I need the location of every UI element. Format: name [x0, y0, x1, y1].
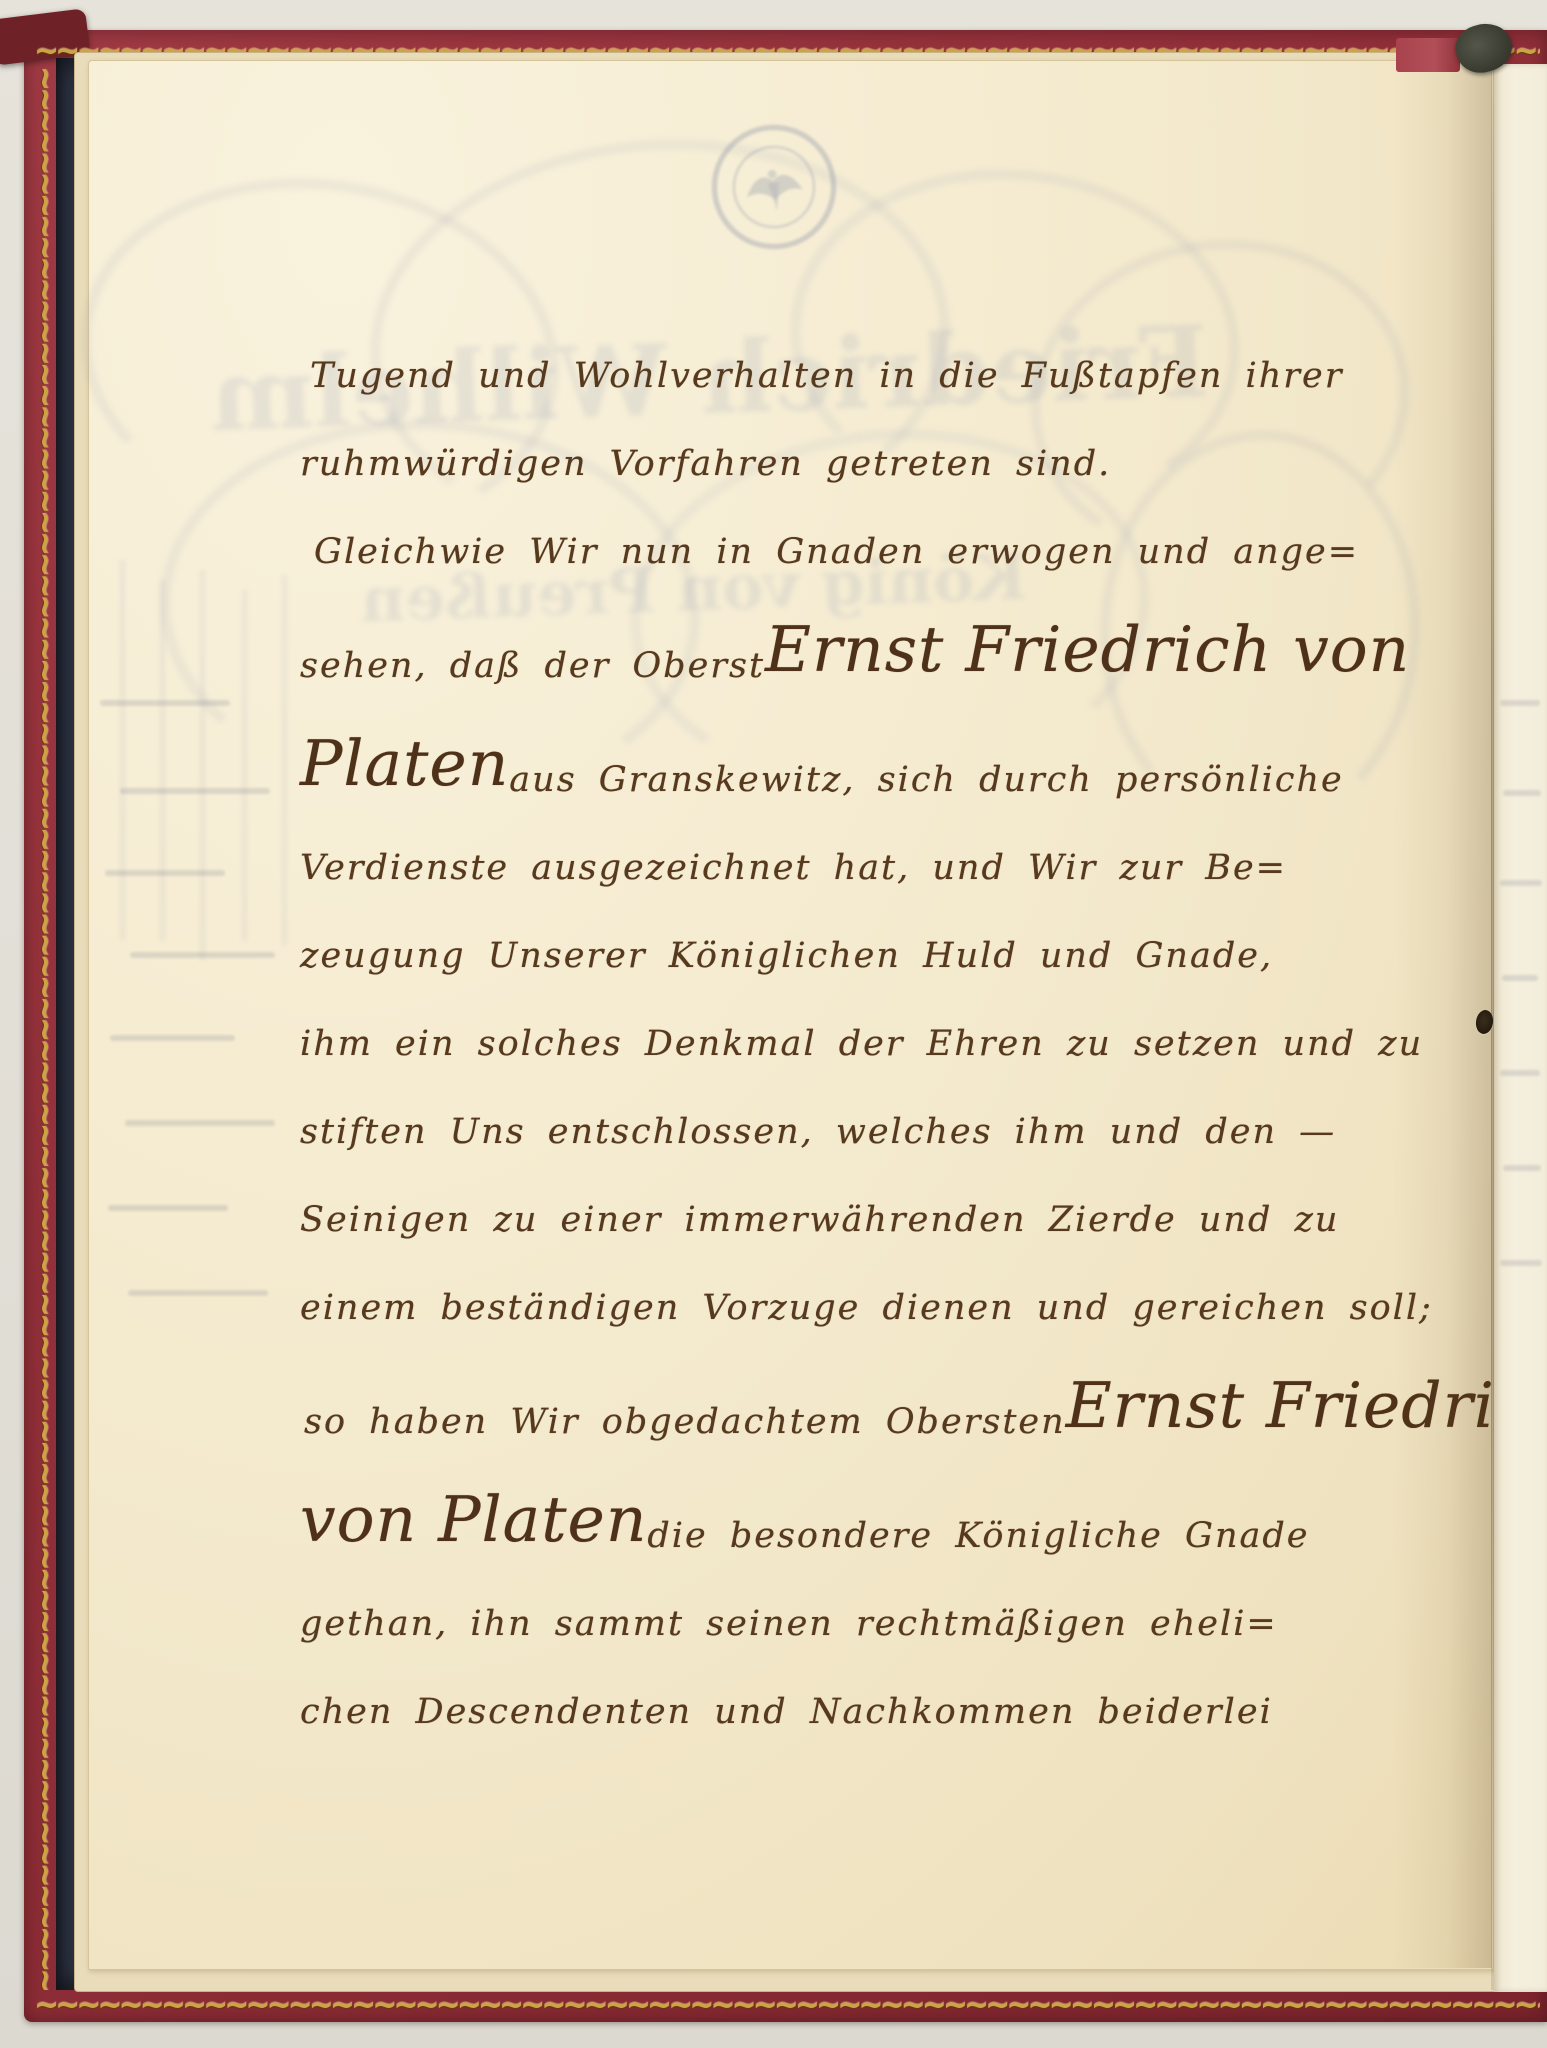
- text-segment: von Platen: [300, 1483, 647, 1556]
- text-line: so haben Wir obgedachtem Obersten Ernst …: [300, 1328, 1450, 1442]
- text-segment: Ernst Friedrich: [1066, 1369, 1547, 1442]
- text-segment: stiften Uns entschlossen, welches ihm un…: [300, 1112, 1336, 1152]
- manuscript-photo: { "theme": { "backdrop": "#e2dfd7", "lea…: [0, 0, 1547, 2048]
- text-segment: Verdienste ausgezeichnet hat, und Wir zu…: [300, 848, 1287, 888]
- text-segment: so haben Wir obgedachtem Obersten: [304, 1402, 1066, 1442]
- text-segment: die besondere Königliche Gnade: [647, 1516, 1309, 1556]
- text-segment: sehen, daß der Oberst: [300, 646, 765, 686]
- text-line: stiften Uns entschlossen, welches ihm un…: [300, 1064, 1450, 1152]
- text-line: gethan, ihn sammt seinen rechtmäßigen eh…: [300, 1556, 1450, 1644]
- eagle-icon: [701, 114, 848, 261]
- facing-page-edge: [1494, 64, 1547, 1992]
- text-line: Seinigen zu einer immerwährenden Zierde …: [300, 1152, 1450, 1240]
- text-segment: Gleichwie Wir nun in Gnaden erwogen und …: [314, 532, 1359, 572]
- text-line: von Platen die besondere Königliche Gnad…: [300, 1442, 1450, 1556]
- text-line: chen Descendenten und Nachkommen beiderl…: [300, 1644, 1450, 1732]
- text-line: sehen, daß der Oberst Ernst Friedrich vo…: [300, 572, 1450, 686]
- text-line: Platen aus Granskewitz, sich durch persö…: [300, 686, 1450, 800]
- text-segment: zeugung Unserer Königlichen Huld und Gna…: [300, 936, 1273, 976]
- leather-lap: [1396, 38, 1460, 72]
- text-line: Verdienste ausgezeichnet hat, und Wir zu…: [300, 800, 1450, 888]
- text-segment: gethan, ihn sammt seinen rechtmäßigen eh…: [300, 1604, 1278, 1644]
- text-segment: Seinigen zu einer immerwährenden Zierde …: [300, 1200, 1339, 1240]
- manuscript-text: Tugend und Wohlverhalten in die Fußtapfe…: [300, 308, 1450, 1732]
- text-line: ruhmwürdigen Vorfahren getreten sind.: [300, 396, 1450, 484]
- archive-stamp: [701, 114, 848, 261]
- text-segment: aus Granskewitz, sich durch persönliche: [509, 760, 1343, 800]
- text-segment: ihm ein solches Denkmal der Ehren zu set…: [300, 1024, 1423, 1064]
- text-segment: Tugend und Wohlverhalten in die Fußtapfe…: [310, 356, 1343, 396]
- text-segment: ruhmwürdigen Vorfahren getreten sind.: [300, 444, 1111, 484]
- text-line: Gleichwie Wir nun in Gnaden erwogen und …: [300, 484, 1450, 572]
- text-line: Tugend und Wohlverhalten in die Fußtapfe…: [300, 308, 1450, 396]
- text-line: einem beständigen Vorzuge dienen und ger…: [300, 1240, 1450, 1328]
- text-segment: Platen: [300, 727, 509, 800]
- text-line: ihm ein solches Denkmal der Ehren zu set…: [300, 976, 1450, 1064]
- text-segment: chen Descendenten und Nachkommen beiderl…: [300, 1692, 1273, 1732]
- text-segment: Ernst Friedrich von: [765, 613, 1410, 686]
- text-segment: einem beständigen Vorzuge dienen und ger…: [300, 1288, 1433, 1328]
- text-line: zeugung Unserer Königlichen Huld und Gna…: [300, 888, 1450, 976]
